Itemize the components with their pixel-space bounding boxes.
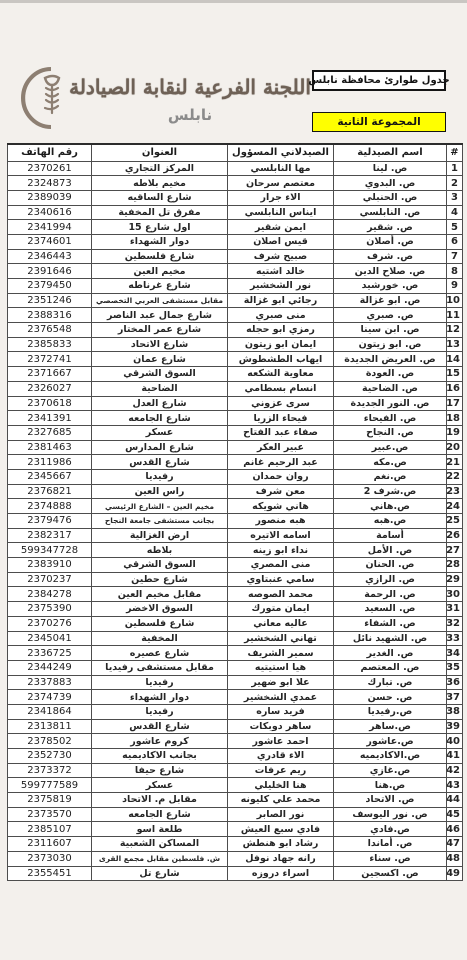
cell-pharmacist-name: عاليه معاني — [228, 616, 334, 631]
cell-phone-number: 2376821 — [8, 484, 92, 499]
cell-address: بلاطه — [92, 543, 228, 558]
table-row: 13 ص. ابو زيتون ايمان ابو زيتون شارع الا… — [8, 337, 463, 352]
cell-address: شارع الاتحاد — [92, 337, 228, 352]
table-row: 48 ص. سناء رانه جهاد نوفل ش. فلسطين مقاب… — [8, 851, 463, 866]
cell-pharmacist-name: ريم عرفات — [228, 763, 334, 778]
cell-pharmacy-name: ص. ابن سينا — [334, 323, 447, 338]
cell-phone-number: 2373030 — [8, 851, 92, 866]
cell-row-number: 36 — [447, 675, 463, 690]
cell-row-number: 21 — [447, 455, 463, 470]
cell-phone-number: 2337883 — [8, 675, 92, 690]
cell-phone-number: 2371667 — [8, 367, 92, 382]
cell-address: شارع جمال عبد الناصر — [92, 308, 228, 323]
cell-pharmacist-name: عبير العكر — [228, 440, 334, 455]
cell-address: عسكر — [92, 778, 228, 793]
cell-row-number: 41 — [447, 749, 463, 764]
cell-phone-number: 2382317 — [8, 528, 92, 543]
cell-pharmacy-name: ص.الاكاديميه — [334, 749, 447, 764]
cell-row-number: 24 — [447, 499, 463, 514]
cell-phone-number: 2340616 — [8, 205, 92, 220]
table-row: 8 ص. صلاح الدين خالد اشتيه مخيم العين 23… — [8, 264, 463, 279]
table-row: 32 ص. الشفاء عاليه معاني شارع فلسطين 237… — [8, 616, 463, 631]
table-row: 23 ص.شرف 2 معن شرف راس العين 2376821 — [8, 484, 463, 499]
cell-address: طلعة اسو — [92, 822, 228, 837]
cell-pharmacy-name: ص. النابلسي — [334, 205, 447, 220]
cell-row-number: 40 — [447, 734, 463, 749]
cell-phone-number: 2388316 — [8, 308, 92, 323]
cell-address: رفيديا — [92, 469, 228, 484]
cell-pharmacist-name: ايمن شقير — [228, 220, 334, 235]
cell-row-number: 6 — [447, 234, 463, 249]
cell-pharmacist-name: علا ابو ضهير — [228, 675, 334, 690]
cell-address: مخيم بلاطه — [92, 176, 228, 191]
cell-pharmacy-name: ص.غازي — [334, 763, 447, 778]
cell-phone-number: 2341391 — [8, 411, 92, 426]
cell-pharmacist-name: تهاني الشخشير — [228, 631, 334, 646]
table-row: 24 ص.هاني هاني شويكه مخيم العين – الشارع… — [8, 499, 463, 514]
cell-pharmacist-name: معاوية الشكعه — [228, 367, 334, 382]
cell-phone-number: 2389039 — [8, 190, 92, 205]
cell-pharmacy-name: ص. النور الجديدة — [334, 396, 447, 411]
cell-pharmacist-name: رجائي ابو غزالة — [228, 293, 334, 308]
cell-phone-number: 2379450 — [8, 279, 92, 294]
cell-address: شارع القدس — [92, 455, 228, 470]
cell-phone-number: 2375819 — [8, 793, 92, 808]
cell-phone-number: 2341864 — [8, 704, 92, 719]
cell-address: شارع فلسطين — [92, 616, 228, 631]
cell-address: شارع حيفا — [92, 763, 228, 778]
cell-row-number: 17 — [447, 396, 463, 411]
table-row: 44 ص. الاتحاد محمد علي كليونه مقابل م. ا… — [8, 793, 463, 808]
cell-pharmacist-name: منى صبري — [228, 308, 334, 323]
cell-pharmacist-name: فريد ساره — [228, 704, 334, 719]
cell-pharmacy-name: ص.هنا — [334, 778, 447, 793]
table-row: 28 ص. الحنان منى المصري السوق الشرقي 238… — [8, 558, 463, 573]
cell-address: عسكر — [92, 425, 228, 440]
cell-pharmacist-name: نور الصابر — [228, 807, 334, 822]
table-row: 14 ص. العريض الجديدة ايهاب الطشطوش شارع … — [8, 352, 463, 367]
cell-row-number: 14 — [447, 352, 463, 367]
cell-row-number: 12 — [447, 323, 463, 338]
cell-row-number: 34 — [447, 646, 463, 661]
cell-row-number: 9 — [447, 279, 463, 294]
cell-row-number: 23 — [447, 484, 463, 499]
table-body: 1 ص. لينا مها النابلسي المركز التجاري 23… — [8, 161, 463, 881]
cell-pharmacy-name: ص.هبه — [334, 514, 447, 529]
cell-phone-number: 2345667 — [8, 469, 92, 484]
cell-address: شارع تل — [92, 866, 228, 881]
cell-phone-number: 2385107 — [8, 822, 92, 837]
cell-pharmacy-name: ص.عبير — [334, 440, 447, 455]
cell-address: كروم عاشور — [92, 734, 228, 749]
table-row: 47 ص. أماندا رشاد ابو هنطش المساكن الشعب… — [8, 837, 463, 852]
cell-phone-number: 2373570 — [8, 807, 92, 822]
cell-pharmacist-name: نداء ابو زينه — [228, 543, 334, 558]
cell-row-number: 13 — [447, 337, 463, 352]
cell-address: السوق الشرقي — [92, 367, 228, 382]
cell-phone-number: 2346443 — [8, 249, 92, 264]
cell-row-number: 27 — [447, 543, 463, 558]
cell-pharmacy-name: ص. البدوي — [334, 176, 447, 191]
cell-row-number: 1 — [447, 161, 463, 176]
cell-row-number: 45 — [447, 807, 463, 822]
cell-address: ش. فلسطين مقابل مجمع القرى — [92, 851, 228, 866]
cell-pharmacist-name: معتصم سرحان — [228, 176, 334, 191]
cell-pharmacy-name: ص. العودة — [334, 367, 447, 382]
table-row: 43 ص.هنا هنا الخليلي عسكر 599777589 — [8, 778, 463, 793]
cell-row-number: 32 — [447, 616, 463, 631]
table-row: 29 ص. الرازي سامي عنبتاوي شارع حطين 2370… — [8, 572, 463, 587]
cell-address: المخفية — [92, 631, 228, 646]
column-header-address: العنوان — [92, 144, 228, 161]
cell-row-number: 4 — [447, 205, 463, 220]
cell-pharmacy-name: ص. اكسجين — [334, 866, 447, 881]
table-row: 6 ص. أصلان قيس اصلان دوار الشهداء 237460… — [8, 234, 463, 249]
cell-address: رفيديا — [92, 675, 228, 690]
cell-pharmacy-name: ص.نغم — [334, 469, 447, 484]
cell-row-number: 20 — [447, 440, 463, 455]
cell-row-number: 46 — [447, 822, 463, 837]
table-row: 33 ص. الشهيد نائل تهاني الشخشير المخفية … — [8, 631, 463, 646]
cell-row-number: 16 — [447, 381, 463, 396]
cell-address: رفيديا — [92, 704, 228, 719]
cell-pharmacist-name: سرى عزوني — [228, 396, 334, 411]
cell-row-number: 11 — [447, 308, 463, 323]
cell-row-number: 37 — [447, 690, 463, 705]
cell-pharmacist-name: انسام بسطامي — [228, 381, 334, 396]
cell-pharmacy-name: ص. سناء — [334, 851, 447, 866]
column-header-phone: رقم الهاتف — [8, 144, 92, 161]
cell-phone-number: 2370261 — [8, 161, 92, 176]
cell-pharmacist-name: هاني شويكه — [228, 499, 334, 514]
cell-row-number: 43 — [447, 778, 463, 793]
cell-row-number: 35 — [447, 660, 463, 675]
document-page: اللجنة الفرعية لنقابة الصيادلة نابلس جدو… — [0, 0, 467, 960]
cell-pharmacy-name: ص.رفيديا — [334, 704, 447, 719]
table-row: 1 ص. لينا مها النابلسي المركز التجاري 23… — [8, 161, 463, 176]
cell-pharmacist-name: سامي عنبتاوي — [228, 572, 334, 587]
cell-address: المساكن الشعبية — [92, 837, 228, 852]
cell-address: دوار الشهداء — [92, 690, 228, 705]
cell-pharmacy-name: ص. الرحمة — [334, 587, 447, 602]
column-header-pharmacy: اسم الصيدلية — [334, 144, 447, 161]
cell-phone-number: 2345041 — [8, 631, 92, 646]
cell-pharmacy-name: ص. الأمل — [334, 543, 447, 558]
cell-phone-number: 2385833 — [8, 337, 92, 352]
cell-phone-number: 2374739 — [8, 690, 92, 705]
cell-phone-number: 2375390 — [8, 602, 92, 617]
cell-row-number: 10 — [447, 293, 463, 308]
cell-phone-number: 2370237 — [8, 572, 92, 587]
cell-address: السوق الشرقي — [92, 558, 228, 573]
table-row: 36 ص. تبارك علا ابو ضهير رفيديا 2337883 — [8, 675, 463, 690]
table-header-row: # اسم الصيدلية الصيدلاني المسؤول العنوان… — [8, 144, 463, 161]
page-top-edge — [0, 0, 467, 3]
table-row: 9 ص. خورشيد نور الشخشير شارع غرناطه 2379… — [8, 279, 463, 294]
table-row: 38 ص.رفيديا فريد ساره رفيديا 2341864 — [8, 704, 463, 719]
cell-phone-number: 2370618 — [8, 396, 92, 411]
cell-address: شارع عمر المختار — [92, 323, 228, 338]
table-row: 30 ص. الرحمة محمد الصوصه مقابل مخيم العي… — [8, 587, 463, 602]
cell-pharmacy-name: ص.فادي — [334, 822, 447, 837]
cell-phone-number: 2391646 — [8, 264, 92, 279]
cell-pharmacist-name: ايمان ابو زيتون — [228, 337, 334, 352]
cell-address: مفرق تل المخفية — [92, 205, 228, 220]
table-row: 41 ص.الاكاديميه الاء قادري بجانب الاكادي… — [8, 749, 463, 764]
cell-address: ارض الغزالية — [92, 528, 228, 543]
table-row: 42 ص.غازي ريم عرفات شارع حيفا 2373372 — [8, 763, 463, 778]
table-row: 22 ص.نغم روان حمدان رفيديا 2345667 — [8, 469, 463, 484]
cell-pharmacist-name: فادي سبع العيش — [228, 822, 334, 837]
cell-pharmacy-name: ص.شرف 2 — [334, 484, 447, 499]
cell-pharmacist-name: عبد الرحيم غانم — [228, 455, 334, 470]
cell-row-number: 33 — [447, 631, 463, 646]
cell-row-number: 25 — [447, 514, 463, 529]
cell-phone-number: 2352730 — [8, 749, 92, 764]
cell-address: الضاحية — [92, 381, 228, 396]
cell-address: مقابل مخيم العين — [92, 587, 228, 602]
cell-phone-number: 2311986 — [8, 455, 92, 470]
cell-row-number: 2 — [447, 176, 463, 191]
cell-address: شارع العدل — [92, 396, 228, 411]
cell-pharmacist-name: رشاد ابو هنطش — [228, 837, 334, 852]
cell-pharmacist-name: فيحاء الزريا — [228, 411, 334, 426]
cell-pharmacy-name: ص. النجاح — [334, 425, 447, 440]
cell-phone-number: 2376548 — [8, 323, 92, 338]
cell-address: شارع المدارس — [92, 440, 228, 455]
cell-address: السوق الاخضر — [92, 602, 228, 617]
cell-row-number: 48 — [447, 851, 463, 866]
cell-address: مقابل مستشفى العربي التخصصي — [92, 293, 228, 308]
cell-row-number: 3 — [447, 190, 463, 205]
cell-pharmacy-name: ص.ساهر — [334, 719, 447, 734]
cell-pharmacy-name: ص. المعتصم — [334, 660, 447, 675]
table-row: 46 ص.فادي فادي سبع العيش طلعة اسو 238510… — [8, 822, 463, 837]
cell-row-number: 15 — [447, 367, 463, 382]
cell-pharmacy-name: ص. السعيد — [334, 602, 447, 617]
cell-pharmacist-name: ساهر دوبكات — [228, 719, 334, 734]
cell-address: اول شارع 15 — [92, 220, 228, 235]
cell-pharmacist-name: قيس اصلان — [228, 234, 334, 249]
cell-address: شارع عمان — [92, 352, 228, 367]
cell-phone-number: 2383910 — [8, 558, 92, 573]
table-row: 37 ص. حسن عمدي الشخشير دوار الشهداء 2374… — [8, 690, 463, 705]
cell-pharmacist-name: مها النابلسي — [228, 161, 334, 176]
cell-pharmacist-name: ايمان متورك — [228, 602, 334, 617]
cell-row-number: 47 — [447, 837, 463, 852]
schedule-title-box: جدول طوارئ محافظة نابلس — [312, 70, 446, 91]
cell-pharmacy-name: ص. تبارك — [334, 675, 447, 690]
cell-pharmacist-name: الاء قادري — [228, 749, 334, 764]
cell-address: دوار الشهداء — [92, 234, 228, 249]
table-row: 11 ص. صبري منى صبري شارع جمال عبد الناصر… — [8, 308, 463, 323]
table-row: 16 ص. الضاحية انسام بسطامي الضاحية 23260… — [8, 381, 463, 396]
cell-pharmacist-name: محمد الصوصه — [228, 587, 334, 602]
cell-pharmacist-name: عمدي الشخشير — [228, 690, 334, 705]
cell-pharmacist-name: روان حمدان — [228, 469, 334, 484]
cell-address: راس العين — [92, 484, 228, 499]
table-row: 34 ص. الغدير سمير الشريف شارع عصيره 2336… — [8, 646, 463, 661]
table-row: 27 ص. الأمل نداء ابو زينه بلاطه 59934772… — [8, 543, 463, 558]
table-row: 17 ص. النور الجديدة سرى عزوني شارع العدل… — [8, 396, 463, 411]
table-row: 45 ص. نور اليوسف نور الصابر شارع الجامعه… — [8, 807, 463, 822]
cell-pharmacist-name: معن شرف — [228, 484, 334, 499]
cell-pharmacist-name: هيا استيتيه — [228, 660, 334, 675]
cell-row-number: 49 — [447, 866, 463, 881]
cell-pharmacist-name: هنا الخليلي — [228, 778, 334, 793]
column-header-pharmacist: الصيدلاني المسؤول — [228, 144, 334, 161]
cell-address: مخيم العين — [92, 264, 228, 279]
cell-pharmacy-name: ص. صبري — [334, 308, 447, 323]
table-row: 25 ص.هبه هبه منصور بجانب مستشفى جامعة ال… — [8, 514, 463, 529]
cell-address: مخيم العين – الشارع الرئيسي — [92, 499, 228, 514]
cell-phone-number: 2311607 — [8, 837, 92, 852]
table-row: 21 ص.مكه عبد الرحيم غانم شارع القدس 2311… — [8, 455, 463, 470]
cell-phone-number: 2378502 — [8, 734, 92, 749]
cell-phone-number: 2374888 — [8, 499, 92, 514]
cell-pharmacist-name: رانه جهاد نوفل — [228, 851, 334, 866]
cell-pharmacist-name: اسراء دروزه — [228, 866, 334, 881]
cell-address: بجانب مستشفى جامعة النجاح — [92, 514, 228, 529]
cell-pharmacy-name: ص. شقير — [334, 220, 447, 235]
cell-address: شارع غرناطه — [92, 279, 228, 294]
table-row: 15 ص. العودة معاوية الشكعه السوق الشرقي … — [8, 367, 463, 382]
cell-phone-number: 2355451 — [8, 866, 92, 881]
table-row: 5 ص. شقير ايمن شقير اول شارع 15 2341994 — [8, 220, 463, 235]
table-row: 35 ص. المعتصم هيا استيتيه مقابل مستشفى ر… — [8, 660, 463, 675]
cell-pharmacy-name: ص. الرازي — [334, 572, 447, 587]
cell-phone-number: 599777589 — [8, 778, 92, 793]
cell-phone-number: 2351246 — [8, 293, 92, 308]
cell-pharmacy-name: ص.هاني — [334, 499, 447, 514]
cell-pharmacy-name: ص.مكه — [334, 455, 447, 470]
cell-row-number: 30 — [447, 587, 463, 602]
cell-phone-number: 2341994 — [8, 220, 92, 235]
cell-pharmacy-name: ص. الحنان — [334, 558, 447, 573]
cell-address: مقابل مستشفى رفيديا — [92, 660, 228, 675]
cell-row-number: 8 — [447, 264, 463, 279]
cell-phone-number: 599347728 — [8, 543, 92, 558]
cell-row-number: 5 — [447, 220, 463, 235]
cell-pharmacy-name: أسامة — [334, 528, 447, 543]
cell-pharmacist-name: اسامه الاتيره — [228, 528, 334, 543]
group-title-box: المجموعة الثانية — [312, 112, 446, 132]
cell-pharmacy-name: ص. شرف — [334, 249, 447, 264]
cell-pharmacy-name: ص. الحنبلي — [334, 190, 447, 205]
table-row: 18 ص. الفيحاء فيحاء الزريا شارع الجامعه … — [8, 411, 463, 426]
cell-address: مقابل م. الاتحاد — [92, 793, 228, 808]
cell-row-number: 26 — [447, 528, 463, 543]
cell-address: شارع الساقيه — [92, 190, 228, 205]
cell-pharmacy-name: ص. صلاح الدين — [334, 264, 447, 279]
cell-phone-number: 2336725 — [8, 646, 92, 661]
cell-row-number: 29 — [447, 572, 463, 587]
cell-row-number: 38 — [447, 704, 463, 719]
cell-address: بجانب الاكاديميه — [92, 749, 228, 764]
cell-pharmacy-name: ص. ابو زيتون — [334, 337, 447, 352]
table-row: 39 ص.ساهر ساهر دوبكات شارع القدس 2313811 — [8, 719, 463, 734]
cell-pharmacy-name: ص. الشهيد نائل — [334, 631, 447, 646]
cell-pharmacy-name: ص. الغدير — [334, 646, 447, 661]
cell-pharmacist-name: نور الشخشير — [228, 279, 334, 294]
cell-row-number: 19 — [447, 425, 463, 440]
column-header-number: # — [447, 144, 463, 161]
table-row: 31 ص. السعيد ايمان متورك السوق الاخضر 23… — [8, 602, 463, 617]
table-row: 4 ص. النابلسي ايناس النابلسي مفرق تل الم… — [8, 205, 463, 220]
table-row: 19 ص. النجاح صفاء عبد الفتاح عسكر 232768… — [8, 425, 463, 440]
cell-row-number: 22 — [447, 469, 463, 484]
cell-pharmacy-name: ص. الاتحاد — [334, 793, 447, 808]
table-row: 10 ص. ابو غزالة رجائي ابو غزالة مقابل مس… — [8, 293, 463, 308]
cell-row-number: 42 — [447, 763, 463, 778]
table-row: 3 ص. الحنبلي الاء جرار شارع الساقيه 2389… — [8, 190, 463, 205]
table-row: 49 ص. اكسجين اسراء دروزه شارع تل 2355451 — [8, 866, 463, 881]
cell-pharmacy-name: ص. خورشيد — [334, 279, 447, 294]
cell-phone-number: 2324873 — [8, 176, 92, 191]
table-row: 20 ص.عبير عبير العكر شارع المدارس 238146… — [8, 440, 463, 455]
cell-pharmacist-name: محمد علي كليونه — [228, 793, 334, 808]
cell-pharmacy-name: ص. الفيحاء — [334, 411, 447, 426]
cell-phone-number: 2373372 — [8, 763, 92, 778]
cell-row-number: 31 — [447, 602, 463, 617]
cell-pharmacy-name: ص. أماندا — [334, 837, 447, 852]
table-row: 7 ص. شرف صبيح شرف شارع فلسطين 2346443 — [8, 249, 463, 264]
cell-address: شارع عصيره — [92, 646, 228, 661]
cell-pharmacy-name: ص. العريض الجديدة — [334, 352, 447, 367]
cell-pharmacist-name: منى المصري — [228, 558, 334, 573]
cell-pharmacist-name: الاء جرار — [228, 190, 334, 205]
cell-phone-number: 2327685 — [8, 425, 92, 440]
cell-address: شارع الجامعه — [92, 807, 228, 822]
cell-row-number: 28 — [447, 558, 463, 573]
cell-pharmacist-name: صبيح شرف — [228, 249, 334, 264]
cell-row-number: 39 — [447, 719, 463, 734]
cell-pharmacist-name: صفاء عبد الفتاح — [228, 425, 334, 440]
cell-pharmacy-name: ص.عاشور — [334, 734, 447, 749]
cell-phone-number: 2313811 — [8, 719, 92, 734]
org-title: اللجنة الفرعية لنقابة الصيادلة — [68, 74, 312, 100]
table-row: 26 أسامة اسامه الاتيره ارض الغزالية 2382… — [8, 528, 463, 543]
table-row: 12 ص. ابن سينا رمزي ابو حجله شارع عمر ال… — [8, 323, 463, 338]
cell-pharmacy-name: ص. الضاحية — [334, 381, 447, 396]
cell-phone-number: 2326027 — [8, 381, 92, 396]
cell-address: شارع حطين — [92, 572, 228, 587]
cell-address: شارع القدس — [92, 719, 228, 734]
cell-pharmacy-name: ص. حسن — [334, 690, 447, 705]
cell-address: شارع الجامعه — [92, 411, 228, 426]
cell-phone-number: 2372741 — [8, 352, 92, 367]
cell-phone-number: 2381463 — [8, 440, 92, 455]
cell-phone-number: 2384278 — [8, 587, 92, 602]
cell-row-number: 18 — [447, 411, 463, 426]
cell-row-number: 7 — [447, 249, 463, 264]
cell-pharmacy-name: ص. ابو غزالة — [334, 293, 447, 308]
cell-pharmacy-name: ص. نور اليوسف — [334, 807, 447, 822]
pharmacists-syndicate-logo-icon — [14, 66, 74, 130]
emergency-schedule-table: # اسم الصيدلية الصيدلاني المسؤول العنوان… — [7, 143, 463, 881]
cell-pharmacist-name: هبه منصور — [228, 514, 334, 529]
cell-phone-number: 2374601 — [8, 234, 92, 249]
table-row: 40 ص.عاشور احمد عاشور كروم عاشور 2378502 — [8, 734, 463, 749]
cell-address: المركز التجاري — [92, 161, 228, 176]
cell-pharmacy-name: ص. أصلان — [334, 234, 447, 249]
cell-pharmacist-name: ايناس النابلسي — [228, 205, 334, 220]
cell-pharmacist-name: خالد اشتيه — [228, 264, 334, 279]
cell-row-number: 44 — [447, 793, 463, 808]
cell-phone-number: 2379476 — [8, 514, 92, 529]
cell-pharmacy-name: ص. الشفاء — [334, 616, 447, 631]
cell-pharmacist-name: رمزي ابو حجله — [228, 323, 334, 338]
